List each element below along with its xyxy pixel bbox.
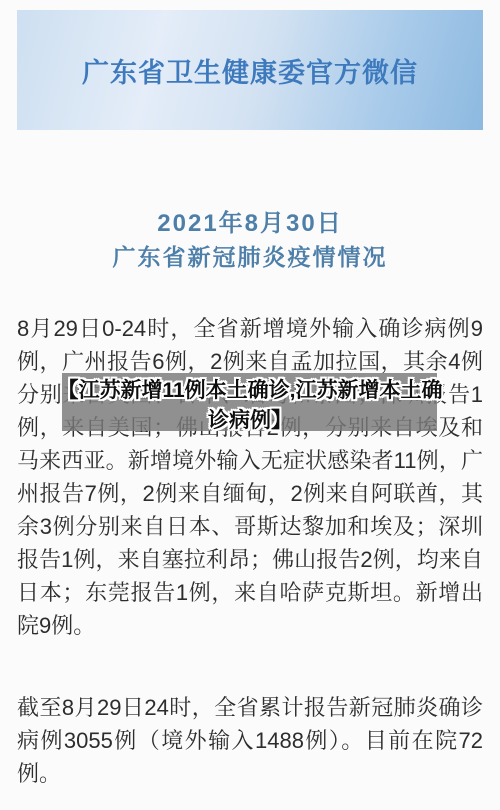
report-title-heading: 广东省新冠肺炎疫情情况: [0, 239, 500, 272]
text-line: 余3例分别来自日本、哥斯达黎加和埃及；深圳: [17, 510, 483, 543]
article-paragraph-2: 截至8月29日24时，全省累计报告新冠肺炎确诊 病例3055例（境外输入1488…: [17, 691, 483, 790]
text-line: 病例3055例（境外输入1488例）。目前在院72: [17, 724, 483, 757]
text-line: 截至8月29日24时，全省累计报告新冠肺炎确诊: [17, 691, 483, 724]
banner-title: 广东省卫生健康委官方微信: [82, 51, 418, 90]
text-line: 报告1例，来自塞拉利昂；佛山报告2例，均来自: [17, 543, 483, 576]
text-line: 州报告7例，2例来自缅甸，2例来自阿联酋，其: [17, 477, 483, 510]
article-paragraph-1: 8月29日0-24时，全省新增境外输入确诊病例9 例，广州报告6例，2例来自孟加…: [17, 312, 483, 642]
text-line: 日本；东莞报告1例，来自哈萨克斯坦。新增出: [17, 576, 483, 609]
text-line: 8月29日0-24时，全省新增境外输入确诊病例9: [17, 312, 483, 345]
report-date-heading: 2021年8月30日: [0, 203, 500, 238]
watermark-text: 【江苏新增11例本土确诊,江苏新增本土确诊病例】: [48, 376, 452, 436]
header-banner: 广东省卫生健康委官方微信: [17, 10, 483, 130]
text-line: 院9例。: [17, 609, 483, 642]
watermark-overlay: 【江苏新增11例本土确诊,江苏新增本土确诊病例】: [62, 373, 437, 431]
text-line: 例。: [17, 757, 483, 790]
article-page: 广东省卫生健康委官方微信 2021年8月30日 广东省新冠肺炎疫情情况 8月29…: [0, 0, 500, 810]
text-line: 马来西亚。新增境外输入无症状感染者11例，广: [17, 444, 483, 477]
